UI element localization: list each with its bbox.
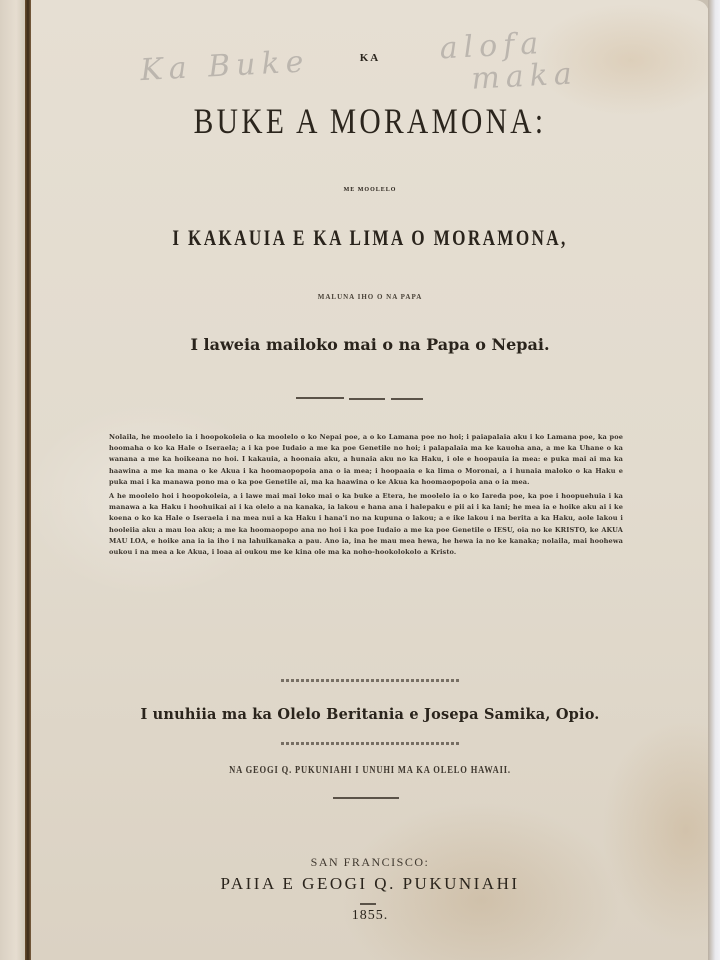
hawaiian-translator-credit: NA GEOGI Q. PUKUNIAHI I UNUHI MA KA OLEL…: [82, 765, 658, 776]
book-subtitle: I KAKAUIA E KA LIMA O MORAMONA,: [106, 225, 635, 251]
book-title: BUKE A MORAMONA:: [92, 100, 648, 142]
adjacent-page-edge: [0, 0, 27, 960]
subtitle-connector: MALUNA IHO O NA PAPA: [31, 293, 709, 301]
divider-rule: [296, 397, 344, 399]
source-line: I laweia mailoko mai o na Papa o Nepai.: [31, 335, 709, 354]
title-article: KA: [31, 52, 709, 64]
divider-rule: [333, 797, 399, 799]
background-edge: [708, 0, 720, 960]
ornamental-rule: [281, 679, 461, 682]
translator-credit: I unuhiia ma ka Olelo Beritania e Josepa…: [31, 706, 709, 723]
publication-place: SAN FRANCISCO:: [31, 855, 709, 870]
title-page-description: Nolaila, he moolelo ia i hoopokoleia o k…: [109, 432, 623, 561]
description-paragraph: A he moolelo hoi i hoopokoleia, a i lawe…: [109, 491, 623, 558]
title-page: Ka Buke alofa maka KA BUKE A MORAMONA: M…: [31, 0, 709, 960]
publication-year: 1855.: [31, 908, 709, 924]
divider-rule: [391, 398, 423, 400]
divider-rule: [360, 903, 376, 905]
title-connector: ME MOOLELO: [31, 187, 709, 193]
inscription-line-1: Ka Buke: [140, 44, 311, 88]
divider-rule: [349, 398, 385, 400]
publisher: PAIIA E GEOGI Q. PUKUNIAHI: [31, 874, 709, 894]
ornamental-rule: [281, 742, 461, 745]
description-paragraph: Nolaila, he moolelo ia i hoopokoleia o k…: [109, 432, 623, 488]
